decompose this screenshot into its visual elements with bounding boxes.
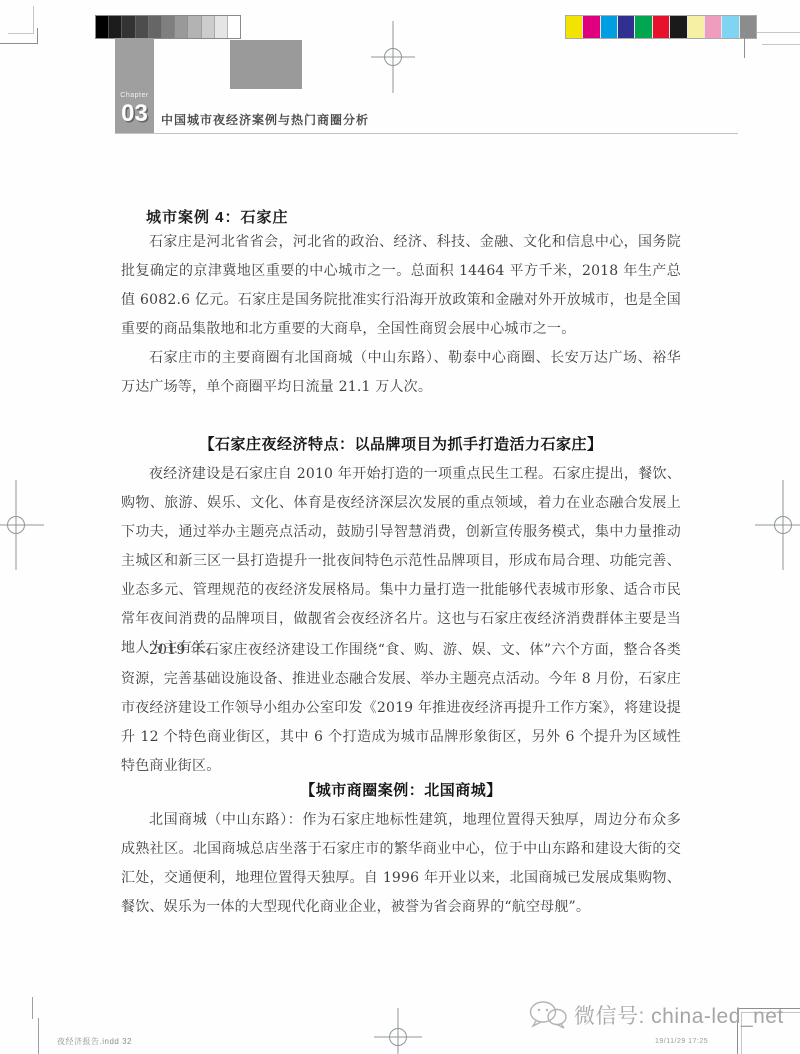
crop-mark — [762, 44, 800, 45]
print-timestamp: 19/11/29 17:25 — [655, 1038, 708, 1045]
color-swatch — [175, 16, 188, 38]
color-swatch — [149, 16, 162, 38]
wechat-banner: 微信号: china-led_net — [528, 1000, 784, 1030]
color-swatch — [670, 16, 686, 38]
chapter-label: Chapter — [115, 92, 154, 99]
color-swatch — [122, 16, 135, 38]
section2-heading: 【城市商圈案例：北国商城】 — [121, 779, 681, 800]
registration-mark-left — [0, 480, 44, 570]
color-swatch — [653, 16, 669, 38]
chapter-number: 03 — [115, 100, 154, 128]
color-swatch — [705, 16, 721, 38]
document-page: Chapter 03 中国城市夜经济案例与热门商圈分析 城市案例 4：石家庄 石… — [0, 0, 800, 1054]
footer-filename: 夜经济报告.indd 32 — [57, 1036, 132, 1047]
registration-mark-right — [755, 480, 800, 570]
intro-paragraphs: 石家庄是河北省省会，河北省的政治、经济、科技、金融、文化和信息中心，国务院批复确… — [121, 228, 681, 402]
registration-mark-top — [365, 21, 421, 93]
section2-paragraph1: 北国商城（中山东路）：作为石家庄地标性建筑，地理位置得天独厚，周边分布众多成熟社… — [121, 806, 681, 922]
header-divider — [115, 133, 738, 134]
color-swatch — [109, 16, 122, 38]
crop-mark — [8, 33, 34, 34]
chapter-number-block: Chapter 03 — [115, 38, 154, 133]
paragraph: 石家庄市的主要商圈有北国商城（中山东路）、勒泰中心商圈、长安万达广场、裕华万达广… — [121, 344, 681, 402]
gray-calibration-square — [230, 40, 302, 89]
chapter-title: 中国城市夜经济案例与热门商圈分析 — [161, 111, 369, 128]
crop-mark — [32, 997, 33, 1019]
color-swatch — [136, 16, 149, 38]
color-swatch — [722, 16, 738, 38]
color-swatch — [618, 16, 634, 38]
section1-paragraph1: 夜经济建设是石家庄自 2010 年开始打造的一项重点民生工程。石家庄提出，餐饮、… — [121, 460, 681, 663]
paragraph: 北国商城（中山东路）：作为石家庄地标性建筑，地理位置得天独厚，周边分布众多成熟社… — [121, 806, 681, 922]
crop-mark — [0, 43, 38, 44]
paragraph: 2019 年石家庄夜经济建设工作围绕“食、购、游、娱、文、体”六个方面，整合各类… — [121, 636, 681, 781]
color-calibration-bar — [565, 15, 757, 39]
color-swatch — [740, 16, 756, 38]
wechat-id-text: 微信号: china-led_net — [574, 1000, 784, 1030]
color-swatch — [202, 16, 215, 38]
crop-mark — [37, 28, 38, 44]
crop-mark — [744, 26, 745, 58]
color-swatch — [688, 16, 704, 38]
crop-mark — [33, 6, 34, 34]
wechat-icon — [528, 1000, 568, 1030]
paragraph: 石家庄是河北省省会，河北省的政治、经济、科技、金融、文化和信息中心，国务院批复确… — [121, 228, 681, 344]
crop-mark — [38, 1018, 39, 1054]
case-title: 城市案例 4：石家庄 — [146, 206, 289, 227]
color-swatch — [96, 16, 109, 38]
crop-mark — [757, 32, 800, 33]
color-swatch — [601, 16, 617, 38]
section1-paragraph2: 2019 年石家庄夜经济建设工作围绕“食、购、游、娱、文、体”六个方面，整合各类… — [121, 636, 681, 781]
color-swatch — [188, 16, 201, 38]
color-swatch — [583, 16, 599, 38]
grayscale-calibration-bar — [95, 15, 241, 39]
registration-mark-bottom — [370, 1008, 426, 1054]
paragraph: 夜经济建设是石家庄自 2010 年开始打造的一项重点民生工程。石家庄提出，餐饮、… — [121, 460, 681, 663]
color-swatch — [635, 16, 651, 38]
color-swatch — [228, 16, 240, 38]
color-swatch — [566, 16, 582, 38]
color-swatch — [162, 16, 175, 38]
section1-heading: 【石家庄夜经济特点：以品牌项目为抓手打造活力石家庄】 — [121, 433, 681, 454]
color-swatch — [215, 16, 228, 38]
